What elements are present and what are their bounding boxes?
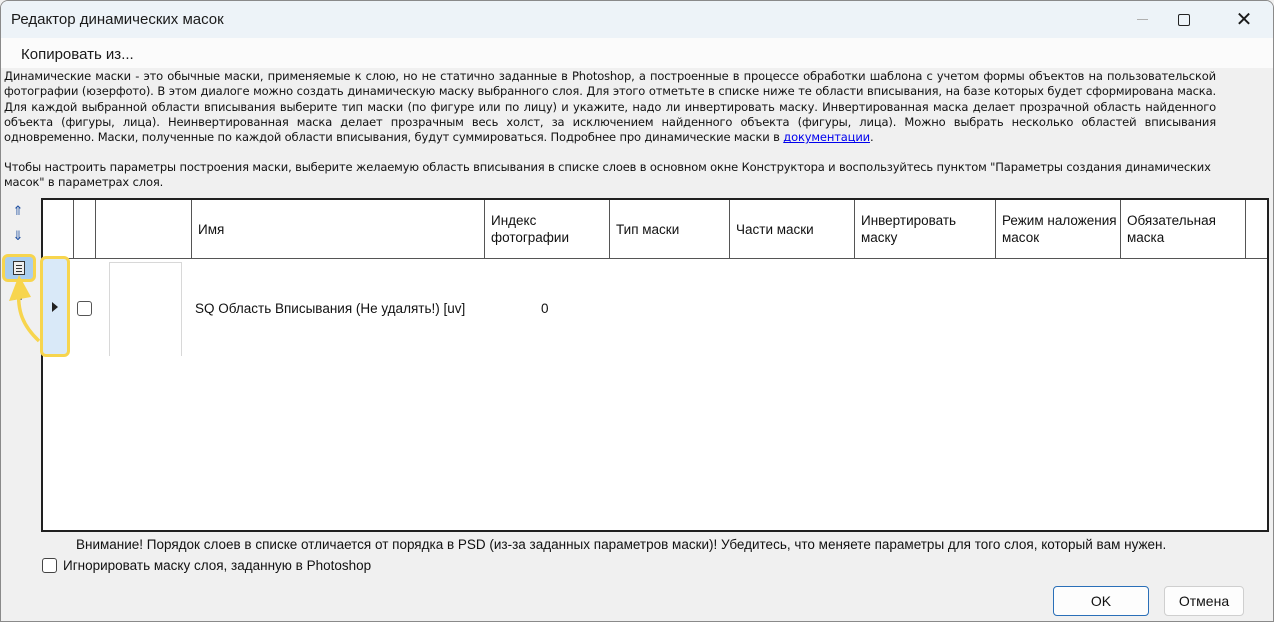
layers-grid: Имя Индекс фотографии Тип маски Части ма… bbox=[41, 198, 1269, 532]
ignore-mask-label[interactable]: Игнорировать маску слоя, заданную в Phot… bbox=[63, 558, 371, 573]
annotation-arrow-icon bbox=[1, 271, 46, 351]
cell-name[interactable]: SQ Область Вписывания (Не удалять!) [uv] bbox=[195, 301, 465, 316]
move-down-icon: ⇓ bbox=[13, 228, 24, 244]
title-bar: Редактор динамических масок ✕ bbox=[1, 1, 1273, 38]
dynamic-masks-dialog: Редактор динамических масок ✕ Копировать… bbox=[0, 0, 1274, 622]
minimize-button[interactable] bbox=[1119, 1, 1165, 38]
ok-button[interactable]: OK bbox=[1053, 586, 1149, 616]
close-button[interactable]: ✕ bbox=[1221, 1, 1267, 38]
column-header-name[interactable]: Имя bbox=[192, 200, 485, 258]
table-row[interactable]: SQ Область Вписывания (Не удалять!) [uv]… bbox=[43, 259, 1267, 356]
column-header-mask-parts[interactable]: Части маски bbox=[730, 200, 855, 258]
column-header-row-selector[interactable] bbox=[43, 200, 74, 258]
column-header-check[interactable] bbox=[74, 200, 96, 258]
close-icon: ✕ bbox=[1236, 10, 1253, 30]
column-header-blend-mode[interactable]: Режим наложения масок bbox=[996, 200, 1121, 258]
order-warning: Внимание! Порядок слоев в списке отличае… bbox=[76, 537, 1166, 552]
minimize-icon bbox=[1137, 19, 1148, 20]
move-up-icon: ⇑ bbox=[13, 203, 24, 219]
move-down-button[interactable]: ⇓ bbox=[3, 223, 33, 249]
cell-photo-index[interactable]: 0 bbox=[541, 301, 549, 316]
documentation-link[interactable]: документации bbox=[783, 130, 870, 144]
copy-from-menu[interactable]: Копировать из... bbox=[21, 46, 134, 63]
description-paragraph-2: Чтобы настроить параметры построения мас… bbox=[4, 160, 1216, 191]
row-checkbox[interactable] bbox=[77, 301, 92, 316]
column-header-invert-mask[interactable]: Инвертировать маску bbox=[855, 200, 996, 258]
current-row-arrow-icon bbox=[52, 302, 58, 312]
description-text: Динамические маски - это обычные маски, … bbox=[4, 69, 1216, 145]
maximize-icon bbox=[1178, 14, 1190, 26]
menu-bar: Копировать из... bbox=[1, 38, 1273, 68]
column-header-required-mask[interactable]: Обязательная маска bbox=[1121, 200, 1246, 258]
window-title: Редактор динамических масок bbox=[11, 11, 224, 28]
description-paragraph-1: Динамические маски - это обычные маски, … bbox=[4, 69, 1216, 144]
cancel-button[interactable]: Отмена bbox=[1164, 586, 1244, 616]
ignore-mask-checkbox[interactable] bbox=[42, 558, 57, 573]
move-up-button[interactable]: ⇑ bbox=[3, 198, 33, 224]
description-suffix: . bbox=[870, 130, 874, 144]
grid-header: Имя Индекс фотографии Тип маски Части ма… bbox=[43, 200, 1267, 259]
column-header-preview[interactable] bbox=[96, 200, 192, 258]
column-header-photo-index[interactable]: Индекс фотографии bbox=[485, 200, 610, 258]
layer-thumbnail bbox=[109, 262, 182, 356]
maximize-button[interactable] bbox=[1161, 1, 1207, 38]
column-header-mask-type[interactable]: Тип маски bbox=[610, 200, 730, 258]
